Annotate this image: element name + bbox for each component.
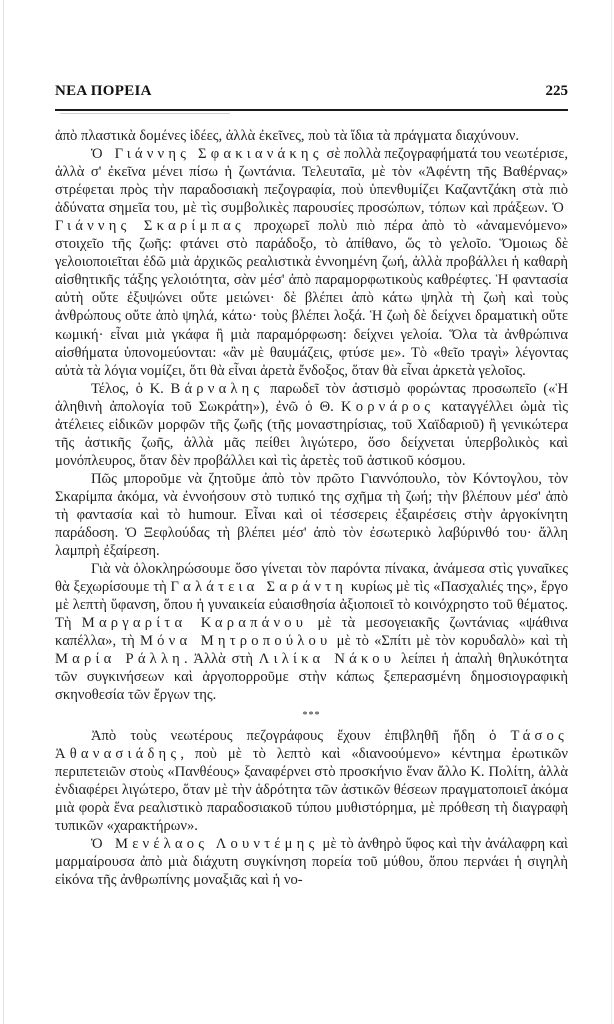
body-text: ἀπὸ πλαστικὰ δομένες ἰδέες, ἀλλὰ ἐκεῖνες… (55, 127, 568, 889)
page-header: ΝΕΑ ΠΟΡΕΙΑ 225 (55, 83, 568, 105)
paragraph: Τέλος, ὁ Κ. Βάρναλης παρωδεῖ τὸν ἀστισμὸ… (55, 380, 568, 470)
text-run: Πῶς μποροῦμε νὰ ζητοῦμε ἀπὸ τὸν πρῶτο Γι… (55, 471, 568, 559)
author-name: Μαργαρίτα Καραπάνου (82, 615, 307, 631)
paragraph: Ὁ Μενέλαος Λουντέμης μὲ τὸ ἀνθηρὸ ὕφος κ… (55, 835, 568, 889)
author-name: Μαρία Ράλλη (55, 651, 184, 667)
running-title: ΝΕΑ ΠΟΡΕΙΑ (55, 83, 152, 100)
author-name: Λιλίκα Νάκου (259, 651, 395, 667)
author-name: Γαλάτεια Σαράντη (171, 579, 348, 595)
header-rule (55, 109, 568, 111)
page-number: 225 (546, 83, 569, 100)
text-run: προχωρεῖ πολὺ πιὸ πέρα ἀπὸ τὸ «ἀναμενόμε… (55, 218, 568, 378)
author-name: Ὁ Γιάννης Σφακιανάκης (91, 146, 323, 162)
header-rule-shadow (60, 113, 230, 114)
paragraph: Γιὰ νὰ ὁλοκληρώσουμε ὅσο γίνεται τὸν παρ… (55, 560, 568, 704)
author-name: Κορνάρος (341, 399, 434, 415)
paragraph: Ὁ Γιάννης Σφακιανάκης σὲ πολλὰ πεζογραφή… (55, 145, 568, 380)
text-run: Ἀπὸ τοὺς νεωτέρους πεζογράφους ἔχουν ἐπι… (91, 728, 511, 744)
paragraph: Ἀπὸ τοὺς νεωτέρους πεζογράφους ἔχουν ἐπι… (55, 727, 568, 835)
paragraph: ἀπὸ πλαστικὰ δομένες ἰδέες, ἀλλὰ ἐκεῖνες… (55, 127, 568, 145)
paragraph: Πῶς μποροῦμε νὰ ζητοῦμε ἀπὸ τὸν πρῶτο Γι… (55, 470, 568, 560)
text-run: Τέλος, ὁ Κ. (91, 381, 171, 397)
page-scan-edge-left (3, 0, 4, 1024)
author-name: Βάρναλης (171, 381, 264, 397)
text-run: μὲ τὸ «Σπίτι μὲ τὸν κορυδαλὸ» καὶ τὴ (331, 633, 568, 649)
author-name: Μόνα Μητροπούλου (140, 633, 331, 649)
page-scan-edge-right (611, 0, 612, 1024)
section-separator: *** (55, 707, 568, 725)
author-name: Ὁ Μενέλαος Λουντέμης (91, 836, 318, 852)
text-run: . Ἀλλὰ στὴ (184, 651, 259, 667)
text-run: ἀπὸ πλαστικὰ δομένες ἰδέες, ἀλλὰ ἐκεῖνες… (55, 128, 519, 144)
